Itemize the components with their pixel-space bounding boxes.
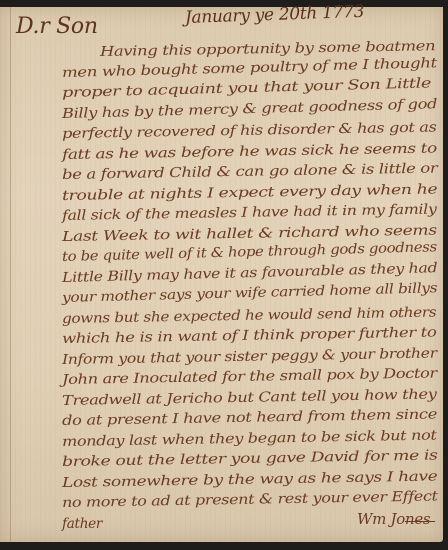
letter-signature: Wm Jones: [357, 510, 430, 528]
margin-rule: [10, 7, 11, 542]
letter-salutation: D.r Son: [16, 14, 98, 39]
signature-underline: [405, 521, 435, 522]
letter-closing: father: [62, 516, 102, 532]
